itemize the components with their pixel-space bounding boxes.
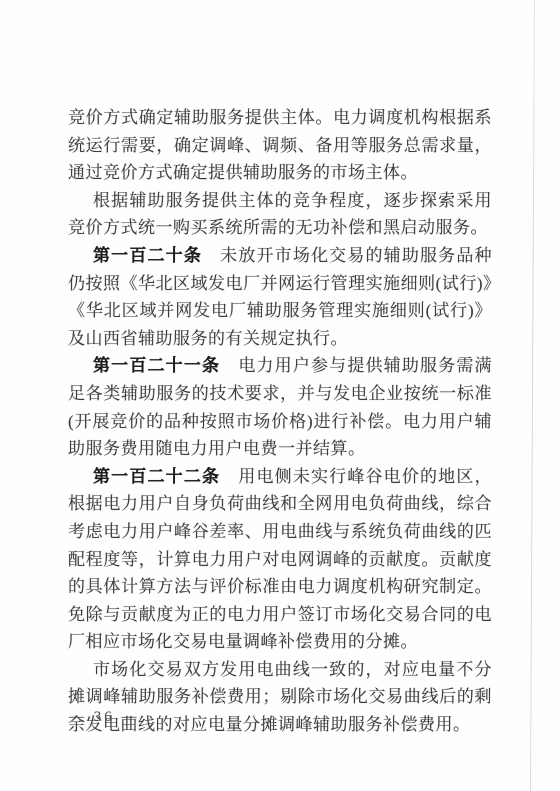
paragraph-article-122: 第一百二十二条 用电侧未实行峰谷电价的地区，根据电力用户自身负荷曲线和全网用电负… bbox=[68, 463, 492, 656]
scan-edge-line bbox=[530, 0, 535, 791]
paragraph-article-120: 第一百二十条 未放开市场化交易的辅助服务品种仍按照《华北区域发电厂并网运行管理实… bbox=[68, 242, 492, 352]
paragraph-text: 用电侧未实行峰谷电价的地区，根据电力用户自身负荷曲线和全网用电负荷曲线，综合考虑… bbox=[68, 467, 492, 652]
article-number: 第一百二十二条 bbox=[93, 467, 238, 486]
paragraph: 根据辅助服务提供主体的竞争程度，逐步探索采用竞价方式统一购买系统所需的无功补偿和… bbox=[68, 187, 492, 242]
page-number: — 36 — bbox=[69, 709, 140, 726]
article-number: 第一百二十条 bbox=[93, 246, 220, 265]
paragraph-text: 根据辅助服务提供主体的竞争程度，逐步探索采用竞价方式统一购买系统所需的无功补偿和… bbox=[68, 191, 492, 238]
article-number: 第一百二十一条 bbox=[93, 356, 238, 375]
paragraph-article-121: 第一百二十一条 电力用户参与提供辅助服务需满足各类辅助服务的技术要求，并与发电企… bbox=[68, 352, 492, 462]
document-page: 竞价方式确定辅助服务提供主体。电力调度机构根据系统运行需要，确定调峰、调频、备用… bbox=[0, 0, 560, 791]
paragraph: 市场化交易双方发用电曲线一致的，对应电量不分摊调峰辅助服务补偿费用；剔除市场化交… bbox=[68, 656, 492, 739]
paragraph: 竞价方式确定辅助服务提供主体。电力调度机构根据系统运行需要，确定调峰、调频、备用… bbox=[68, 104, 492, 187]
paragraph-text: 竞价方式确定辅助服务提供主体。电力调度机构根据系统运行需要，确定调峰、调频、备用… bbox=[68, 108, 492, 182]
page-content: 竞价方式确定辅助服务提供主体。电力调度机构根据系统运行需要，确定调峰、调频、备用… bbox=[68, 104, 492, 739]
